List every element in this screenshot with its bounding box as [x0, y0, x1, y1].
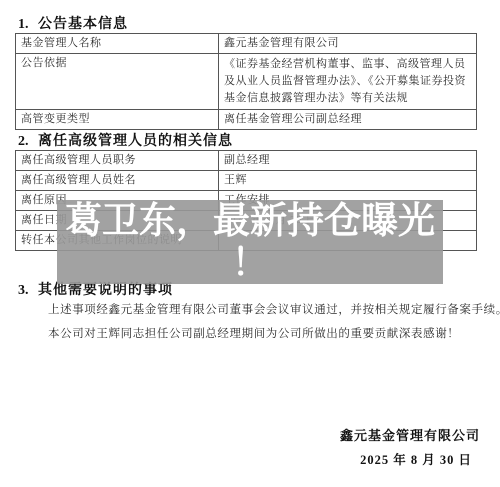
- section1-number: 1.: [18, 17, 38, 33]
- announcement-document: 1.公告基本信息 基金管理人名称 鑫元基金管理有限公司 公告依据 《证券基金经营…: [0, 0, 500, 487]
- section2-title: 离任高级管理人员的相关信息: [38, 134, 233, 149]
- section3-number: 3.: [18, 283, 38, 299]
- row-label: 公告依据: [16, 54, 219, 110]
- table-row: 离任高级管理人员姓名 王辉: [16, 171, 477, 191]
- section3-title: 其他需要说明的事项: [38, 283, 173, 298]
- row-label: 离任高级管理人员职务: [16, 151, 219, 171]
- section1-title: 公告基本信息: [38, 17, 128, 32]
- table-row: 离任高级管理人员职务 副总经理: [16, 151, 477, 171]
- section2-number: 2.: [18, 134, 38, 150]
- row-value: 《证券基金经营机构董事、监事、高级管理人员及从业人员监督管理办法》、《公开募集证…: [219, 54, 477, 110]
- row-value: 鑫元基金管理有限公司: [219, 34, 477, 54]
- row-value: 王辉: [219, 171, 477, 191]
- section1-heading: 1.公告基本信息: [18, 13, 128, 33]
- section2-heading: 2.离任高级管理人员的相关信息: [18, 130, 233, 150]
- table-row: 高管变更类型 离任基金管理公司副总经理: [16, 110, 477, 130]
- table-row: 基金管理人名称 鑫元基金管理有限公司: [16, 34, 477, 54]
- row-value: 离任基金管理公司副总经理: [219, 110, 477, 130]
- watermark-text-line2: ！: [232, 242, 269, 284]
- row-value: 副总经理: [219, 151, 477, 171]
- watermark-overlay-banner: 葛卫东，最新持仓曝光 ！: [57, 200, 443, 284]
- signature-company: 鑫元基金管理有限公司: [340, 425, 480, 444]
- statement-paragraph: 上述事项经鑫元基金管理有限公司董事会会议审议通过，并按相关规定履行备案手续。: [48, 303, 480, 317]
- row-label: 高管变更类型: [16, 110, 219, 130]
- basic-info-table: 基金管理人名称 鑫元基金管理有限公司 公告依据 《证券基金经营机构董事、监事、高…: [15, 33, 477, 130]
- row-label: 基金管理人名称: [16, 34, 219, 54]
- gratitude-paragraph: 本公司对王辉同志担任公司副总经理期间为公司所做出的重要贡献深表感谢！: [48, 327, 480, 341]
- table-row: 公告依据 《证券基金经营机构董事、监事、高级管理人员及从业人员监督管理办法》、《…: [16, 54, 477, 110]
- watermark-text-line1: 葛卫东，最新持仓曝光: [65, 200, 435, 242]
- signature-date: 2025 年 8 月 30 日: [360, 450, 472, 468]
- row-label: 离任高级管理人员姓名: [16, 171, 219, 191]
